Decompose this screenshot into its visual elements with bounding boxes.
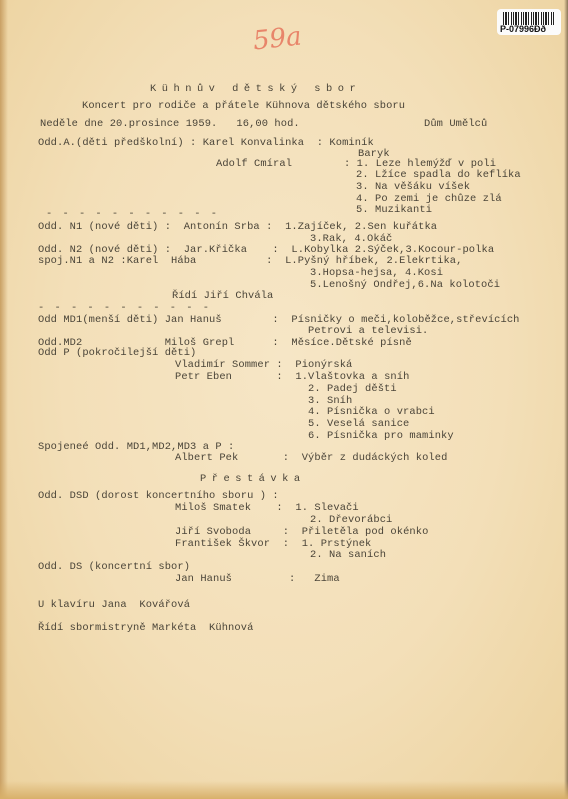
concert-date-time: Neděle dne 20.prosince 1959. 16,00 hod. <box>40 118 300 130</box>
program-line: 2. Dřevorábci <box>310 514 392 526</box>
program-line: 4. Písnička o vrabci <box>308 406 435 418</box>
document-page: 59a P-07996Ðð Kühnův dětský sbor Koncert… <box>0 0 568 799</box>
program-line: 5. Veselá sanice <box>308 418 409 430</box>
document-subtitle: Koncert pro rodiče a přátele Kühnova dět… <box>82 100 405 112</box>
separator-line: - - - - - - - - - - - <box>46 208 219 220</box>
program-line: Miloš Smatek : 1. Slevači <box>175 502 359 514</box>
program-line: 5. Muzikanti <box>356 204 432 216</box>
program-line: 3.Hopsa-hejsa, 4.Kosi <box>310 267 443 279</box>
program-line: 2. Padej děšti <box>308 383 397 395</box>
program-line: Albert Pek : Výběr z dudáckých koled <box>175 452 447 464</box>
intermission-heading: Přestávka <box>200 473 306 485</box>
program-line: Odd. DS (koncertní sbor) <box>38 561 190 573</box>
program-line: 6. Písnička pro maminky <box>308 430 454 442</box>
program-line: 2. Na saních <box>310 549 386 561</box>
program-line: Odd. DSD (dorost koncertního sboru ) : <box>38 490 279 502</box>
program-line: Jiří Svoboda : Přiletěla pod okénko <box>175 526 428 538</box>
program-line: Odd. N1 (nové děti) : Antonín Srba : 1.Z… <box>38 221 437 233</box>
page-edge-shadow <box>564 0 568 799</box>
page-edge-shadow <box>0 0 8 799</box>
pianist-line: U klavíru Jana Kovářová <box>38 599 190 611</box>
concert-venue: Dům Umělců <box>424 118 487 130</box>
program-line: Jan Hanuš : Zima <box>175 573 340 585</box>
program-line: 3. Na věšáku víšek <box>356 181 470 193</box>
program-line: Odd MD1(menší děti) Jan Hanuš : Písničky… <box>38 314 520 326</box>
program-line: Petr Eben : 1.Vlaštovka a sníh <box>175 371 409 383</box>
barcode-label: P-07996Ðð <box>500 24 546 34</box>
page-edge-shadow <box>0 781 568 799</box>
barcode-sticker: P-07996Ðð <box>497 9 561 35</box>
program-line: Odd P (pokročilejší děti) <box>38 347 196 359</box>
conductor-line: Řídí Jiří Chvála <box>172 290 273 302</box>
program-line: 2. Lžíce spadla do keflíka <box>356 169 521 181</box>
conductor-line: Řídí sbormistryně Markéta Kühnová <box>38 622 253 634</box>
document-title: Kühnův dětský sbor <box>150 83 361 95</box>
program-line: 5.Lenošný Ondřej,6.Na kolotoči <box>310 279 500 291</box>
program-line: spoj.N1 a N2 :Karel Hába : L.Pyšný hříbe… <box>38 255 462 267</box>
program-line: Adolf Cmíral <box>216 158 292 170</box>
program-line: Odd.A.(děti předškolní) : Karel Konvalin… <box>38 137 374 149</box>
separator-line: - - - - - - - - - - - <box>38 302 211 314</box>
program-line: Petrovi a televisi. <box>308 325 428 337</box>
handwritten-archive-number: 59a <box>252 22 303 57</box>
program-line: Vladimír Sommer : Pionýrská <box>175 359 352 371</box>
